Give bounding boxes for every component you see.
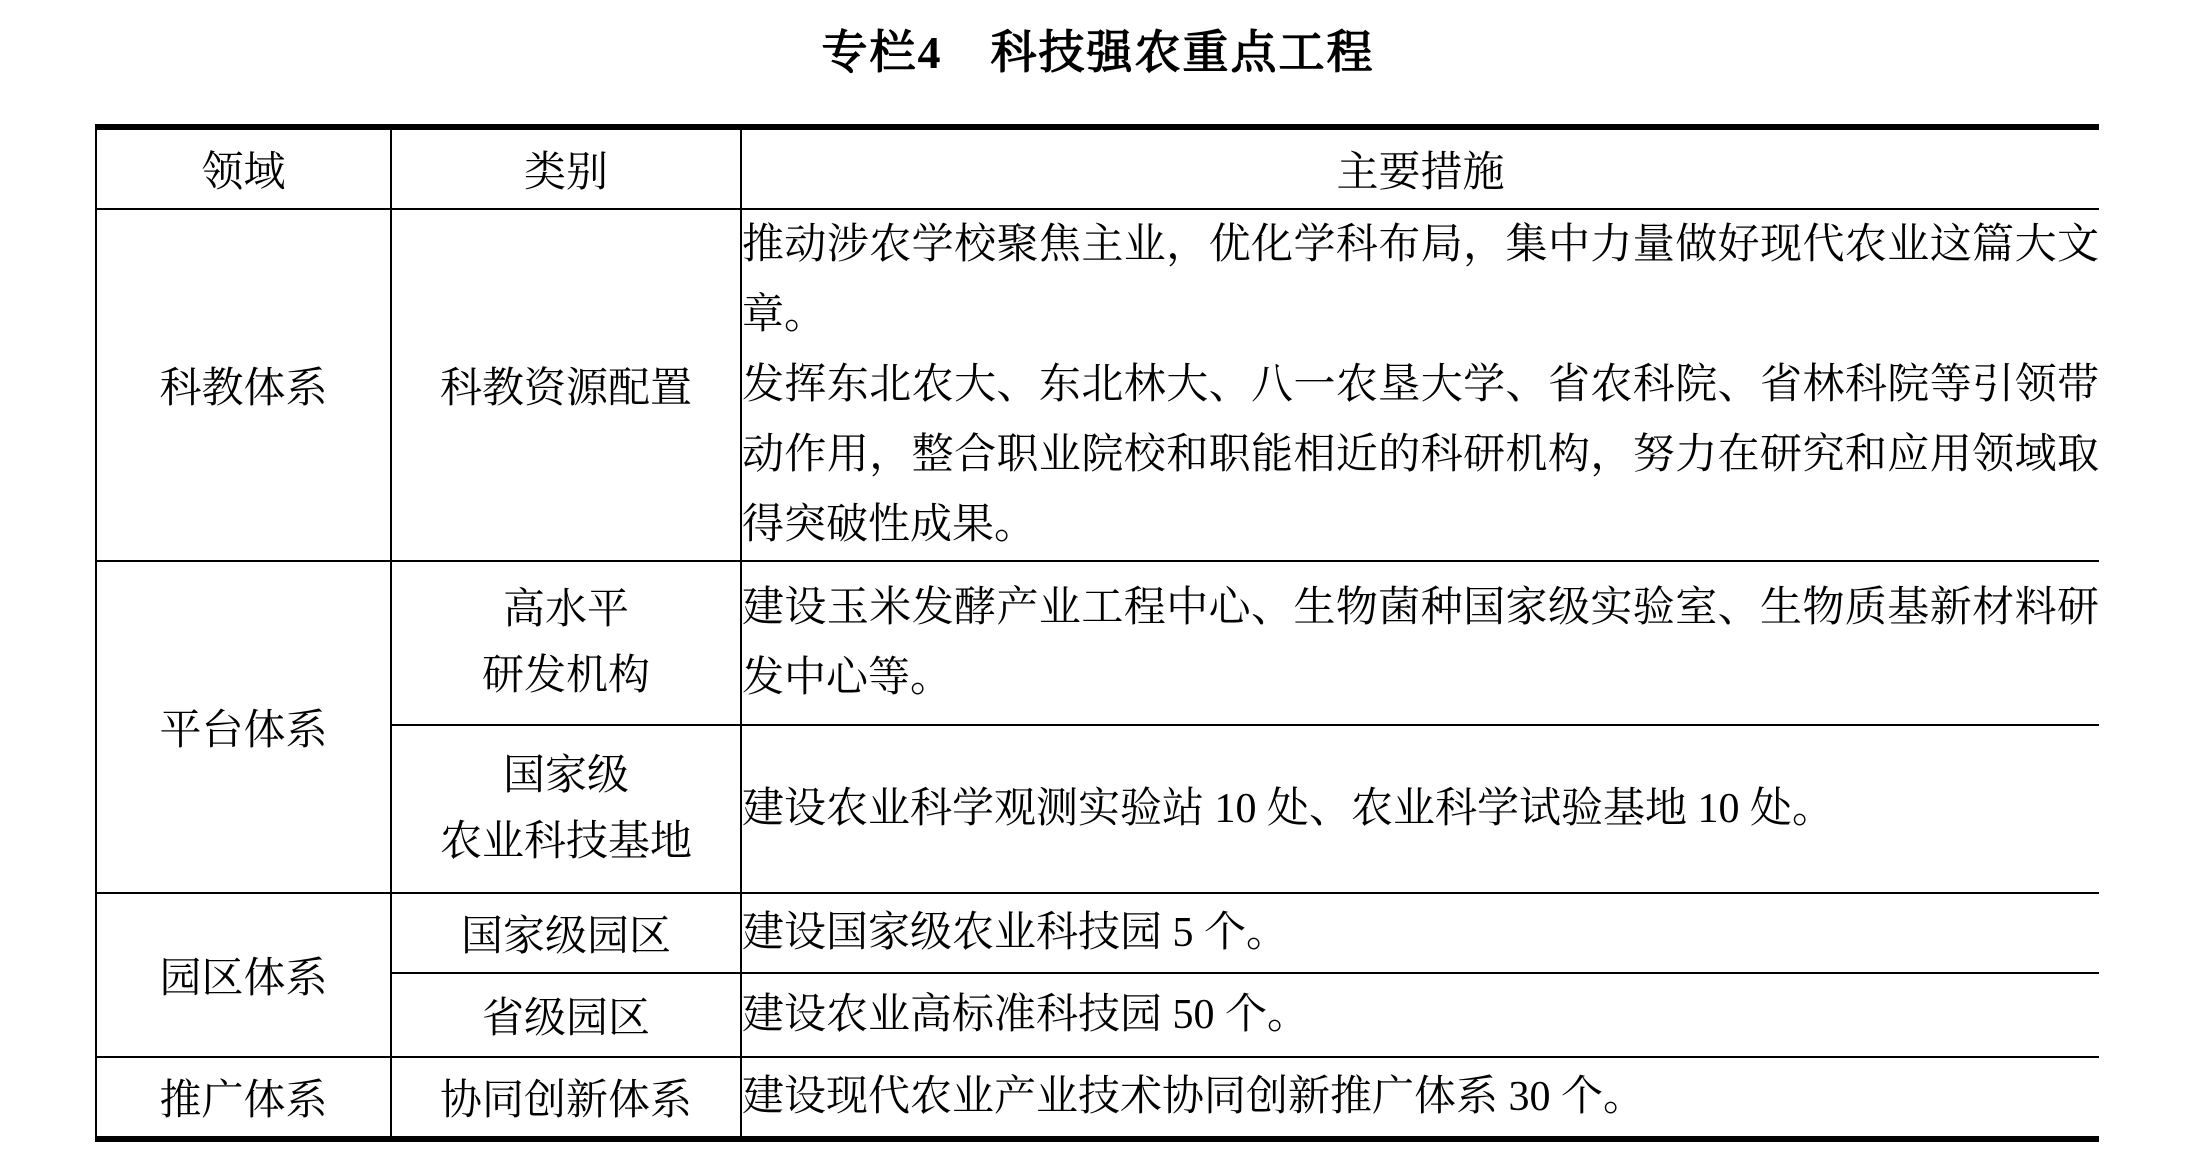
table-row: 园区体系 国家级园区 建设国家级农业科技园 5 个。: [96, 893, 2099, 973]
table-row: 省级园区 建设农业高标准科技园 50 个。: [96, 973, 2099, 1057]
measures-cell: 推动涉农学校聚焦主业，优化学科布局，集中力量做好现代农业这篇大文章。 发挥东北农…: [741, 209, 2099, 561]
category-cell: 国家级 农业科技基地: [391, 725, 741, 893]
measures-cell: 建设农业高标准科技园 50 个。: [741, 973, 2099, 1057]
category-line: 高水平: [392, 577, 740, 643]
category-line: 农业科技基地: [392, 809, 740, 875]
table-row: 国家级 农业科技基地 建设农业科学观测实验站 10 处、农业科学试验基地 10 …: [96, 725, 2099, 893]
measures-paragraph: 发挥东北农大、东北林大、八一农垦大学、省农科院、省林科院等引领带动作用，整合职业…: [742, 350, 2099, 560]
domain-cell: 园区体系: [96, 893, 391, 1057]
table-row: 推广体系 协同创新体系 建设现代农业产业技术协同创新推广体系 30 个。: [96, 1057, 2099, 1139]
domain-cell: 平台体系: [96, 561, 391, 893]
measures-cell: 建设玉米发酵产业工程中心、生物菌种国家级实验室、生物质基新材料研发中心等。: [741, 561, 2099, 725]
measures-paragraph: 推动涉农学校聚焦主业，优化学科布局，集中力量做好现代农业这篇大文章。: [742, 210, 2099, 350]
category-cell: 高水平 研发机构: [391, 561, 741, 725]
measures-paragraph: 建设农业高标准科技园 50 个。: [742, 980, 2099, 1050]
measures-paragraph: 建设现代农业产业技术协同创新推广体系 30 个。: [742, 1062, 2099, 1132]
table-header-row: 领域 类别 主要措施: [96, 127, 2099, 209]
page-title: 专栏4 科技强农重点工程: [0, 16, 2196, 82]
category-cell: 科教资源配置: [391, 209, 741, 561]
measures-paragraph: 建设玉米发酵产业工程中心、生物菌种国家级实验室、生物质基新材料研发中心等。: [742, 573, 2099, 713]
measures-cell: 建设国家级农业科技园 5 个。: [741, 893, 2099, 973]
category-cell: 省级园区: [391, 973, 741, 1057]
measures-paragraph: 建设农业科学观测实验站 10 处、农业科学试验基地 10 处。: [742, 774, 2099, 844]
header-cell-measures: 主要措施: [741, 127, 2099, 209]
category-line: 研发机构: [392, 643, 740, 709]
document-page: 专栏4 科技强农重点工程 领域 类别 主要措施 科教体系 科教资源配置 推动涉农…: [0, 0, 2196, 1164]
key-projects-table: 领域 类别 主要措施 科教体系 科教资源配置 推动涉农学校聚焦主业，优化学科布局…: [95, 124, 2099, 1142]
category-cell: 国家级园区: [391, 893, 741, 973]
domain-cell: 科教体系: [96, 209, 391, 561]
category-line: 国家级: [392, 743, 740, 809]
table-row: 平台体系 高水平 研发机构 建设玉米发酵产业工程中心、生物菌种国家级实验室、生物…: [96, 561, 2099, 725]
category-cell: 协同创新体系: [391, 1057, 741, 1139]
measures-cell: 建设农业科学观测实验站 10 处、农业科学试验基地 10 处。: [741, 725, 2099, 893]
domain-cell: 推广体系: [96, 1057, 391, 1139]
table-row: 科教体系 科教资源配置 推动涉农学校聚焦主业，优化学科布局，集中力量做好现代农业…: [96, 209, 2099, 561]
header-cell-category: 类别: [391, 127, 741, 209]
measures-paragraph: 建设国家级农业科技园 5 个。: [742, 898, 2099, 968]
measures-cell: 建设现代农业产业技术协同创新推广体系 30 个。: [741, 1057, 2099, 1139]
header-cell-domain: 领域: [96, 127, 391, 209]
